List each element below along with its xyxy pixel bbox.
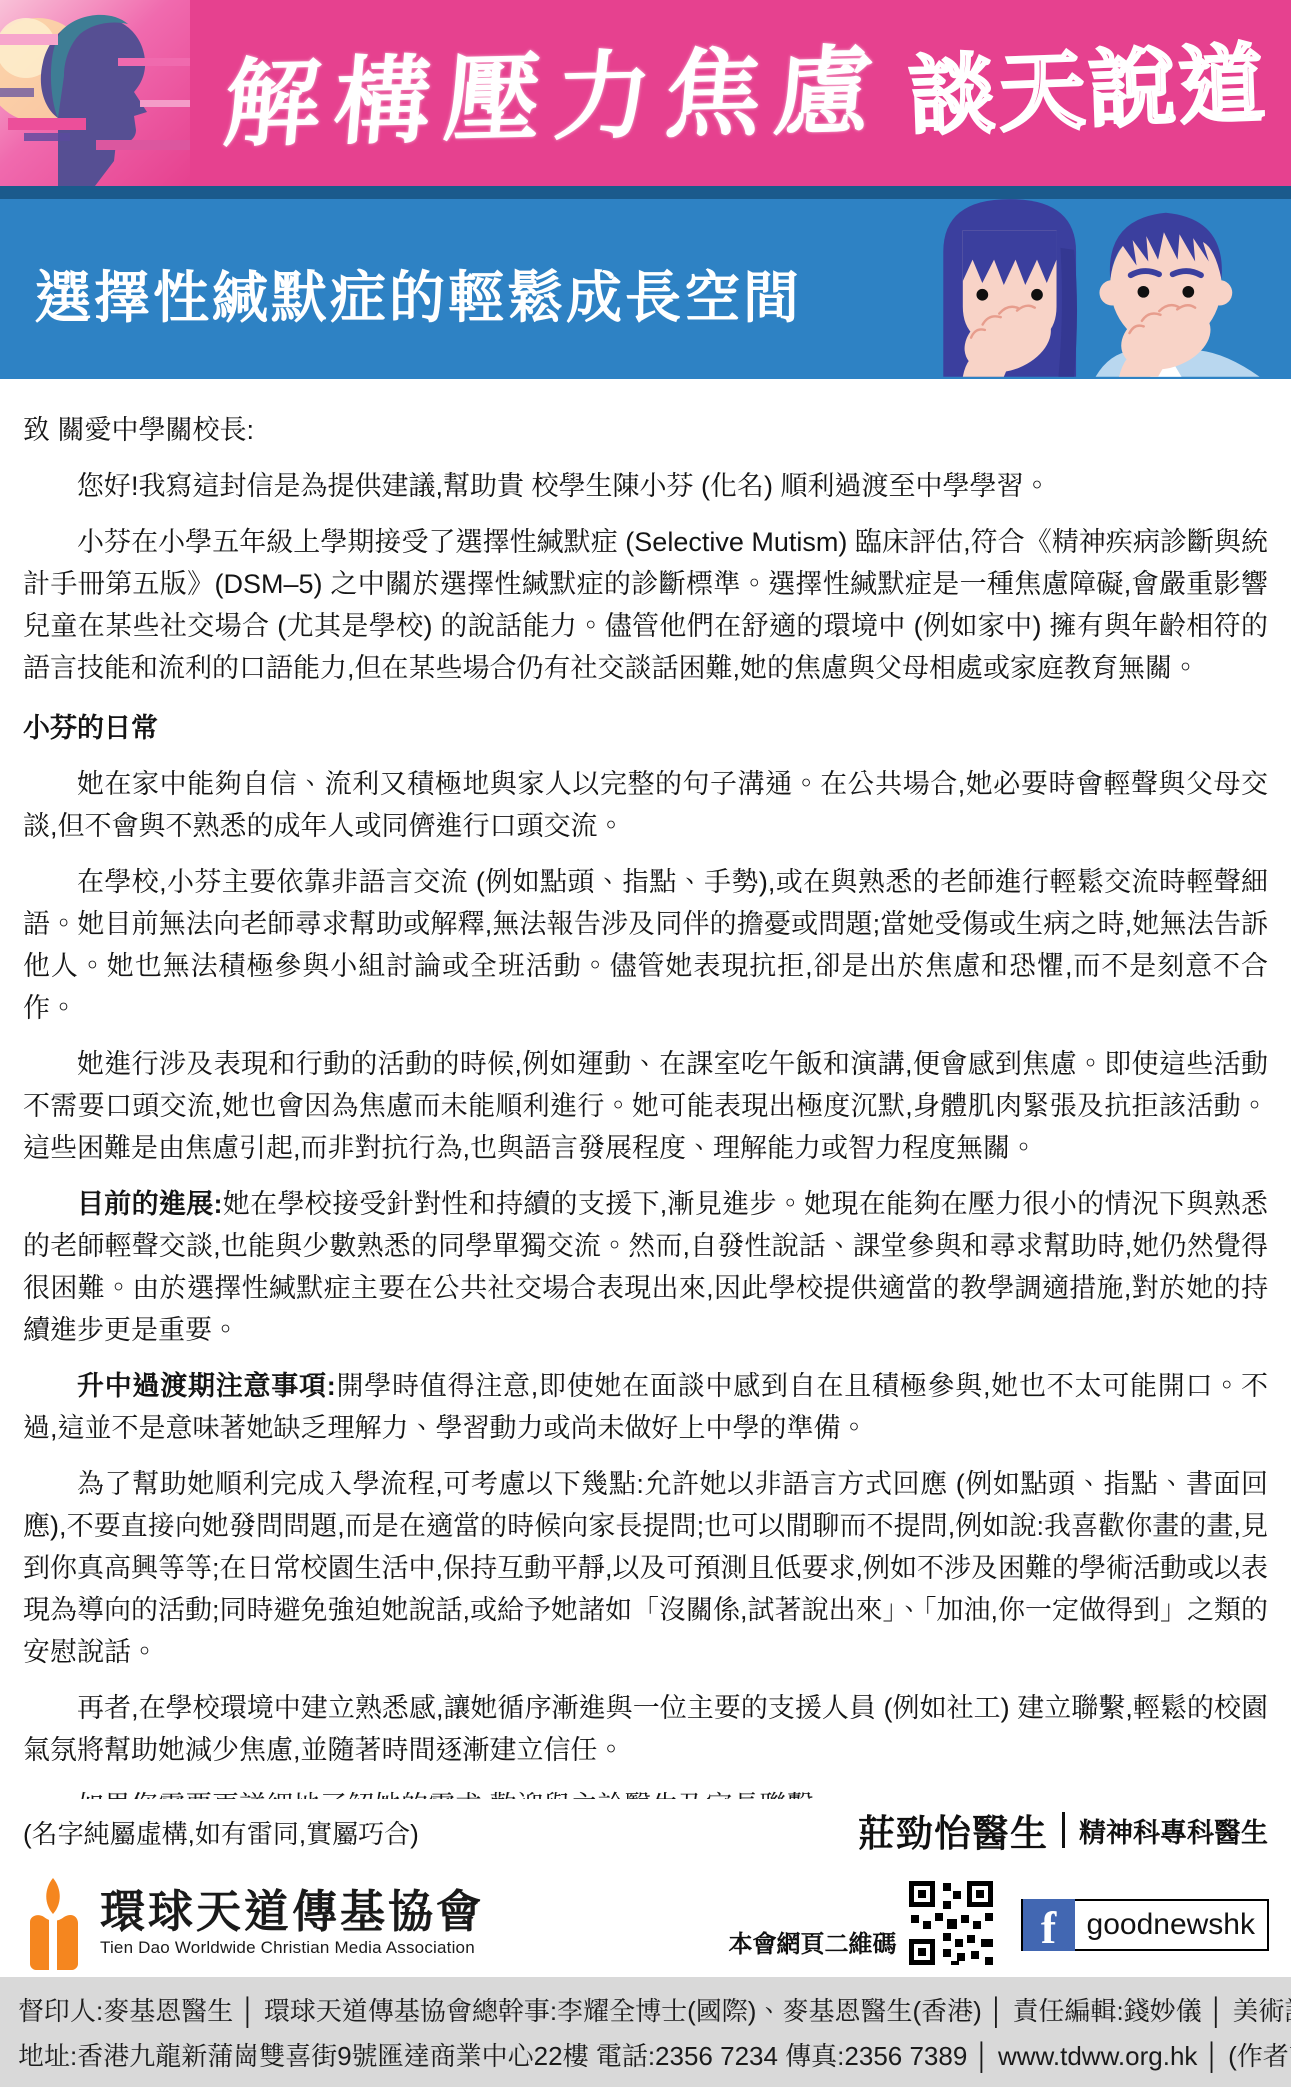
credits-bar: 督印人:麥基恩醫生 │ 環球天道傳基協會總幹事:李耀全博士(國際)、麥基恩醫生(…: [0, 1977, 1291, 2087]
letter-paragraph: 她進行涉及表現和行動的活動的時候,例如運動、在課室吃午飯和演講,便會感到焦慮。即…: [23, 1043, 1268, 1169]
organisation-footer: 環球天道傳基協會 Tien Dao Worldwide Christian Me…: [0, 1868, 1291, 1977]
facebook-icon: f: [1023, 1899, 1075, 1951]
masthead-title: 解構壓力焦慮: [218, 10, 973, 185]
children-covering-mouth-illustration: [873, 189, 1283, 379]
glitch-woman-artwork: [0, 0, 190, 186]
doctor-name: 莊勁怡醫生: [858, 1803, 1048, 1857]
glitch-woman-illustration-svg: [0, 0, 190, 186]
printed-page: 解構壓力焦慮 談天說道 選擇性緘默症的輕鬆成長空間: [0, 0, 1291, 2087]
letter-paragraph-transition-notes: 升中過渡期注意事項:開學時值得注意,即使她在面談中感到自在且積極參與,她也不太可…: [23, 1365, 1268, 1449]
girl-figure: [943, 199, 1077, 379]
facebook-badge: f goodnewshk: [1021, 1899, 1269, 1951]
organisation-name-zh: 環球天道傳基協會: [100, 1888, 484, 1936]
doctor-title: 精神科專科醫生: [1079, 1811, 1268, 1850]
author-signature: 莊勁怡醫生 精神科專科醫生: [858, 1803, 1268, 1857]
brand-logo: 談天說道: [906, 10, 1271, 172]
qr-code-icon: [907, 1879, 995, 1967]
letter-salutation: 致 關愛中學關校長:: [23, 409, 1268, 451]
letter-paragraph-progress: 目前的進展:她在學校接受針對性和持續的支援下,漸見進步。她現在能夠在壓力很小的情…: [23, 1183, 1268, 1351]
organisation-name-en: Tien Dao Worldwide Christian Media Assoc…: [100, 1938, 484, 1958]
boy-figure: [1096, 213, 1260, 379]
organisation-identity: 環球天道傳基協會 Tien Dao Worldwide Christian Me…: [22, 1876, 484, 1970]
paragraph-lead-progress: 目前的進展:: [77, 1189, 223, 1219]
title-bar: 選擇性緘默症的輕鬆成長空間: [0, 186, 1291, 379]
qr-code-label: 本會網頁二維碼: [729, 1924, 897, 1959]
candle-logo-icon: [22, 1876, 84, 1970]
signature-divider: [1062, 1812, 1065, 1848]
letter-paragraph: 您好!我寫這封信是為提供建議,幫助貴 校學生陳小芬 (化名) 順利過渡至中學學習…: [23, 465, 1268, 507]
organisation-names: 環球天道傳基協會 Tien Dao Worldwide Christian Me…: [100, 1888, 484, 1958]
fictional-name-disclaimer: (名字純屬虛構,如有雷同,實屬巧合): [23, 1814, 419, 1851]
masthead: 解構壓力焦慮 談天說道: [0, 0, 1291, 186]
page-title: 選擇性緘默症的輕鬆成長空間: [35, 254, 802, 334]
signoff-row: (名字純屬虛構,如有雷同,實屬巧合) 莊勁怡醫生 精神科專科醫生: [23, 1797, 1268, 1857]
letter-body: 致 關愛中學關校長: 您好!我寫這封信是為提供建議,幫助貴 校學生陳小芬 (化名…: [0, 379, 1291, 1799]
footer-links: 本會網頁二維碼 f goodnewshk: [729, 1879, 1269, 1967]
credits-line-2: 地址:香港九龍新蒲崗雙喜街9號匯達商業中心22樓 電話:2356 7234 傳真…: [18, 2034, 1273, 2079]
credits-line-1: 督印人:麥基恩醫生 │ 環球天道傳基協會總幹事:李耀全博士(國際)、麥基恩醫生(…: [18, 1989, 1273, 2034]
letter-paragraph: 為了幫助她順利完成入學流程,可考慮以下幾點:允許她以非語言方式回應 (例如點頭、…: [23, 1463, 1268, 1673]
letter-paragraph: 小芬在小學五年級上學期接受了選擇性緘默症 (Selective Mutism) …: [23, 521, 1268, 689]
letter-paragraph: 在學校,小芬主要依靠非語言交流 (例如點頭、指點、手勢),或在與熟悉的老師進行輕…: [23, 861, 1268, 1029]
paragraph-lead-transition: 升中過渡期注意事項:: [77, 1371, 336, 1401]
letter-paragraph: 再者,在學校環境中建立熟悉感,讓她循序漸進與一位主要的支援人員 (例如社工) 建…: [23, 1687, 1268, 1771]
section-heading-daily-life: 小芬的日常: [23, 707, 1268, 749]
facebook-handle: goodnewshk: [1075, 1908, 1267, 1942]
letter-paragraph: 她在家中能夠自信、流利又積極地與家人以完整的句子溝通。在公共場合,她必要時會輕聲…: [23, 763, 1268, 847]
